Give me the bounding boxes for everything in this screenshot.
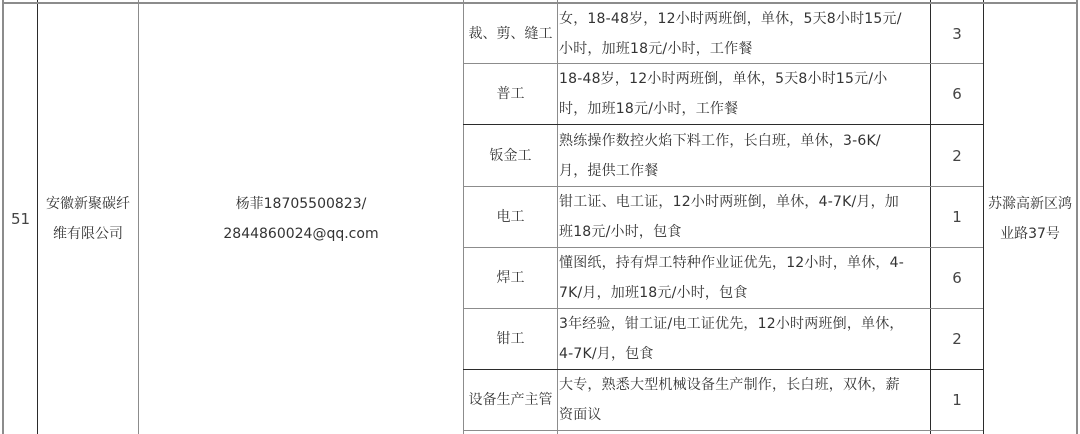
position-title-cell: 钳工 bbox=[464, 309, 557, 369]
description-line: 钳工证、电工证，12小时两班倒，单休，4-7K/月，加 bbox=[559, 187, 899, 217]
position-title-cell: 焊工 bbox=[464, 248, 557, 308]
position-description-cell: 钳工证、电工证，12小时两班倒，单休，4-7K/月，加 班18元/小时，包食 bbox=[558, 187, 930, 247]
position-title: 焊工 bbox=[497, 263, 525, 293]
position-title-cell: 裁、剪、缝工 bbox=[464, 4, 557, 63]
position-title: 钣金工 bbox=[490, 141, 532, 171]
description-line: 资面议 bbox=[559, 400, 602, 430]
position-title: 设备生产主管 bbox=[469, 385, 553, 415]
position-count: 1 bbox=[952, 385, 962, 415]
row-number-cell: 51 bbox=[4, 4, 37, 434]
description-line: 女，18-48岁，12小时两班倒，单休，5天8小时15元/ bbox=[559, 4, 902, 34]
description-line: 3年经验，钳工证/电工证优先，12小时两班倒，单休， bbox=[559, 309, 904, 339]
description-line: 熟练操作数控火焰下料工作，长白班，单休，3-6K/ bbox=[559, 126, 881, 156]
description-line: 4-7K/月，包食 bbox=[559, 339, 654, 369]
company-cell: 安徽新聚碳纤 维有限公司 bbox=[38, 4, 138, 434]
description-line: 7K/月，加班18元/小时，包食 bbox=[559, 278, 748, 308]
position-count: 2 bbox=[952, 324, 962, 354]
position-count: 3 bbox=[952, 19, 962, 49]
position-description-cell: 3年经验，钳工证/电工证优先，12小时两班倒，单休， 4-7K/月，包食 bbox=[558, 309, 930, 369]
contact-cell: 杨菲18705500823/ 2844860024@qq.com bbox=[139, 4, 463, 434]
position-count-cell: 2 bbox=[931, 125, 983, 186]
job-listing-table: 51 安徽新聚碳纤 维有限公司 杨菲18705500823/ 284486002… bbox=[0, 0, 1080, 434]
description-line: 大专，熟悉大型机械设备生产制作，长白班，双休，薪 bbox=[559, 370, 900, 400]
position-title: 钳工 bbox=[497, 324, 525, 354]
position-title: 普工 bbox=[497, 79, 525, 109]
position-count-cell: 1 bbox=[931, 370, 983, 430]
position-title-cell: 钣金工 bbox=[464, 125, 557, 186]
position-count: 1 bbox=[952, 202, 962, 232]
row-divider bbox=[463, 430, 983, 431]
position-count: 2 bbox=[952, 141, 962, 171]
company-name-line: 维有限公司 bbox=[53, 219, 123, 249]
position-count: 6 bbox=[952, 263, 962, 293]
position-count-cell: 2 bbox=[931, 309, 983, 369]
description-line: 时，加班18元/小时，工作餐 bbox=[559, 94, 738, 124]
position-title: 电工 bbox=[497, 202, 525, 232]
description-line: 懂图纸，持有焊工特种作业证优先，12小时，单休，4- bbox=[559, 248, 904, 278]
position-description-cell: 大专，熟悉大型机械设备生产制作，长白班，双休，薪 资面议 bbox=[558, 370, 930, 430]
position-count-cell: 1 bbox=[931, 187, 983, 247]
address-line: 苏滁高新区鸿 bbox=[988, 189, 1072, 219]
position-count-cell: 6 bbox=[931, 248, 983, 308]
description-line: 小时，加班18元/小时，工作餐 bbox=[559, 34, 753, 64]
description-line: 班18元/小时，包食 bbox=[559, 217, 682, 247]
contact-phone: 杨菲18705500823/ bbox=[236, 189, 367, 219]
position-title: 裁、剪、缝工 bbox=[469, 19, 553, 49]
address-cell: 苏滁高新区鸿 业路37号 bbox=[984, 4, 1076, 434]
row-number: 51 bbox=[11, 204, 30, 234]
position-description-cell: 18-48岁，12小时两班倒，单休，5天8小时15元/小 时，加班18元/小时，… bbox=[558, 64, 930, 124]
contact-email: 2844860024@qq.com bbox=[223, 219, 378, 249]
position-count-cell: 6 bbox=[931, 64, 983, 124]
address-line: 业路37号 bbox=[1000, 219, 1060, 249]
position-count-cell: 3 bbox=[931, 4, 983, 63]
position-title-cell: 设备生产主管 bbox=[464, 370, 557, 430]
position-description-cell: 女，18-48岁，12小时两班倒，单休，5天8小时15元/ 小时，加班18元/小… bbox=[558, 4, 930, 63]
position-description-cell: 熟练操作数控火焰下料工作，长白班，单休，3-6K/ 月，提供工作餐 bbox=[558, 125, 930, 186]
position-title-cell: 普工 bbox=[464, 64, 557, 124]
description-line: 18-48岁，12小时两班倒，单休，5天8小时15元/小 bbox=[559, 64, 887, 94]
description-line: 月，提供工作餐 bbox=[559, 156, 658, 186]
table-border-right bbox=[1076, 0, 1078, 434]
position-title-cell: 电工 bbox=[464, 187, 557, 247]
company-name-line: 安徽新聚碳纤 bbox=[46, 189, 130, 219]
position-count: 6 bbox=[952, 79, 962, 109]
position-description-cell: 懂图纸，持有焊工特种作业证优先，12小时，单休，4- 7K/月，加班18元/小时… bbox=[558, 248, 930, 308]
